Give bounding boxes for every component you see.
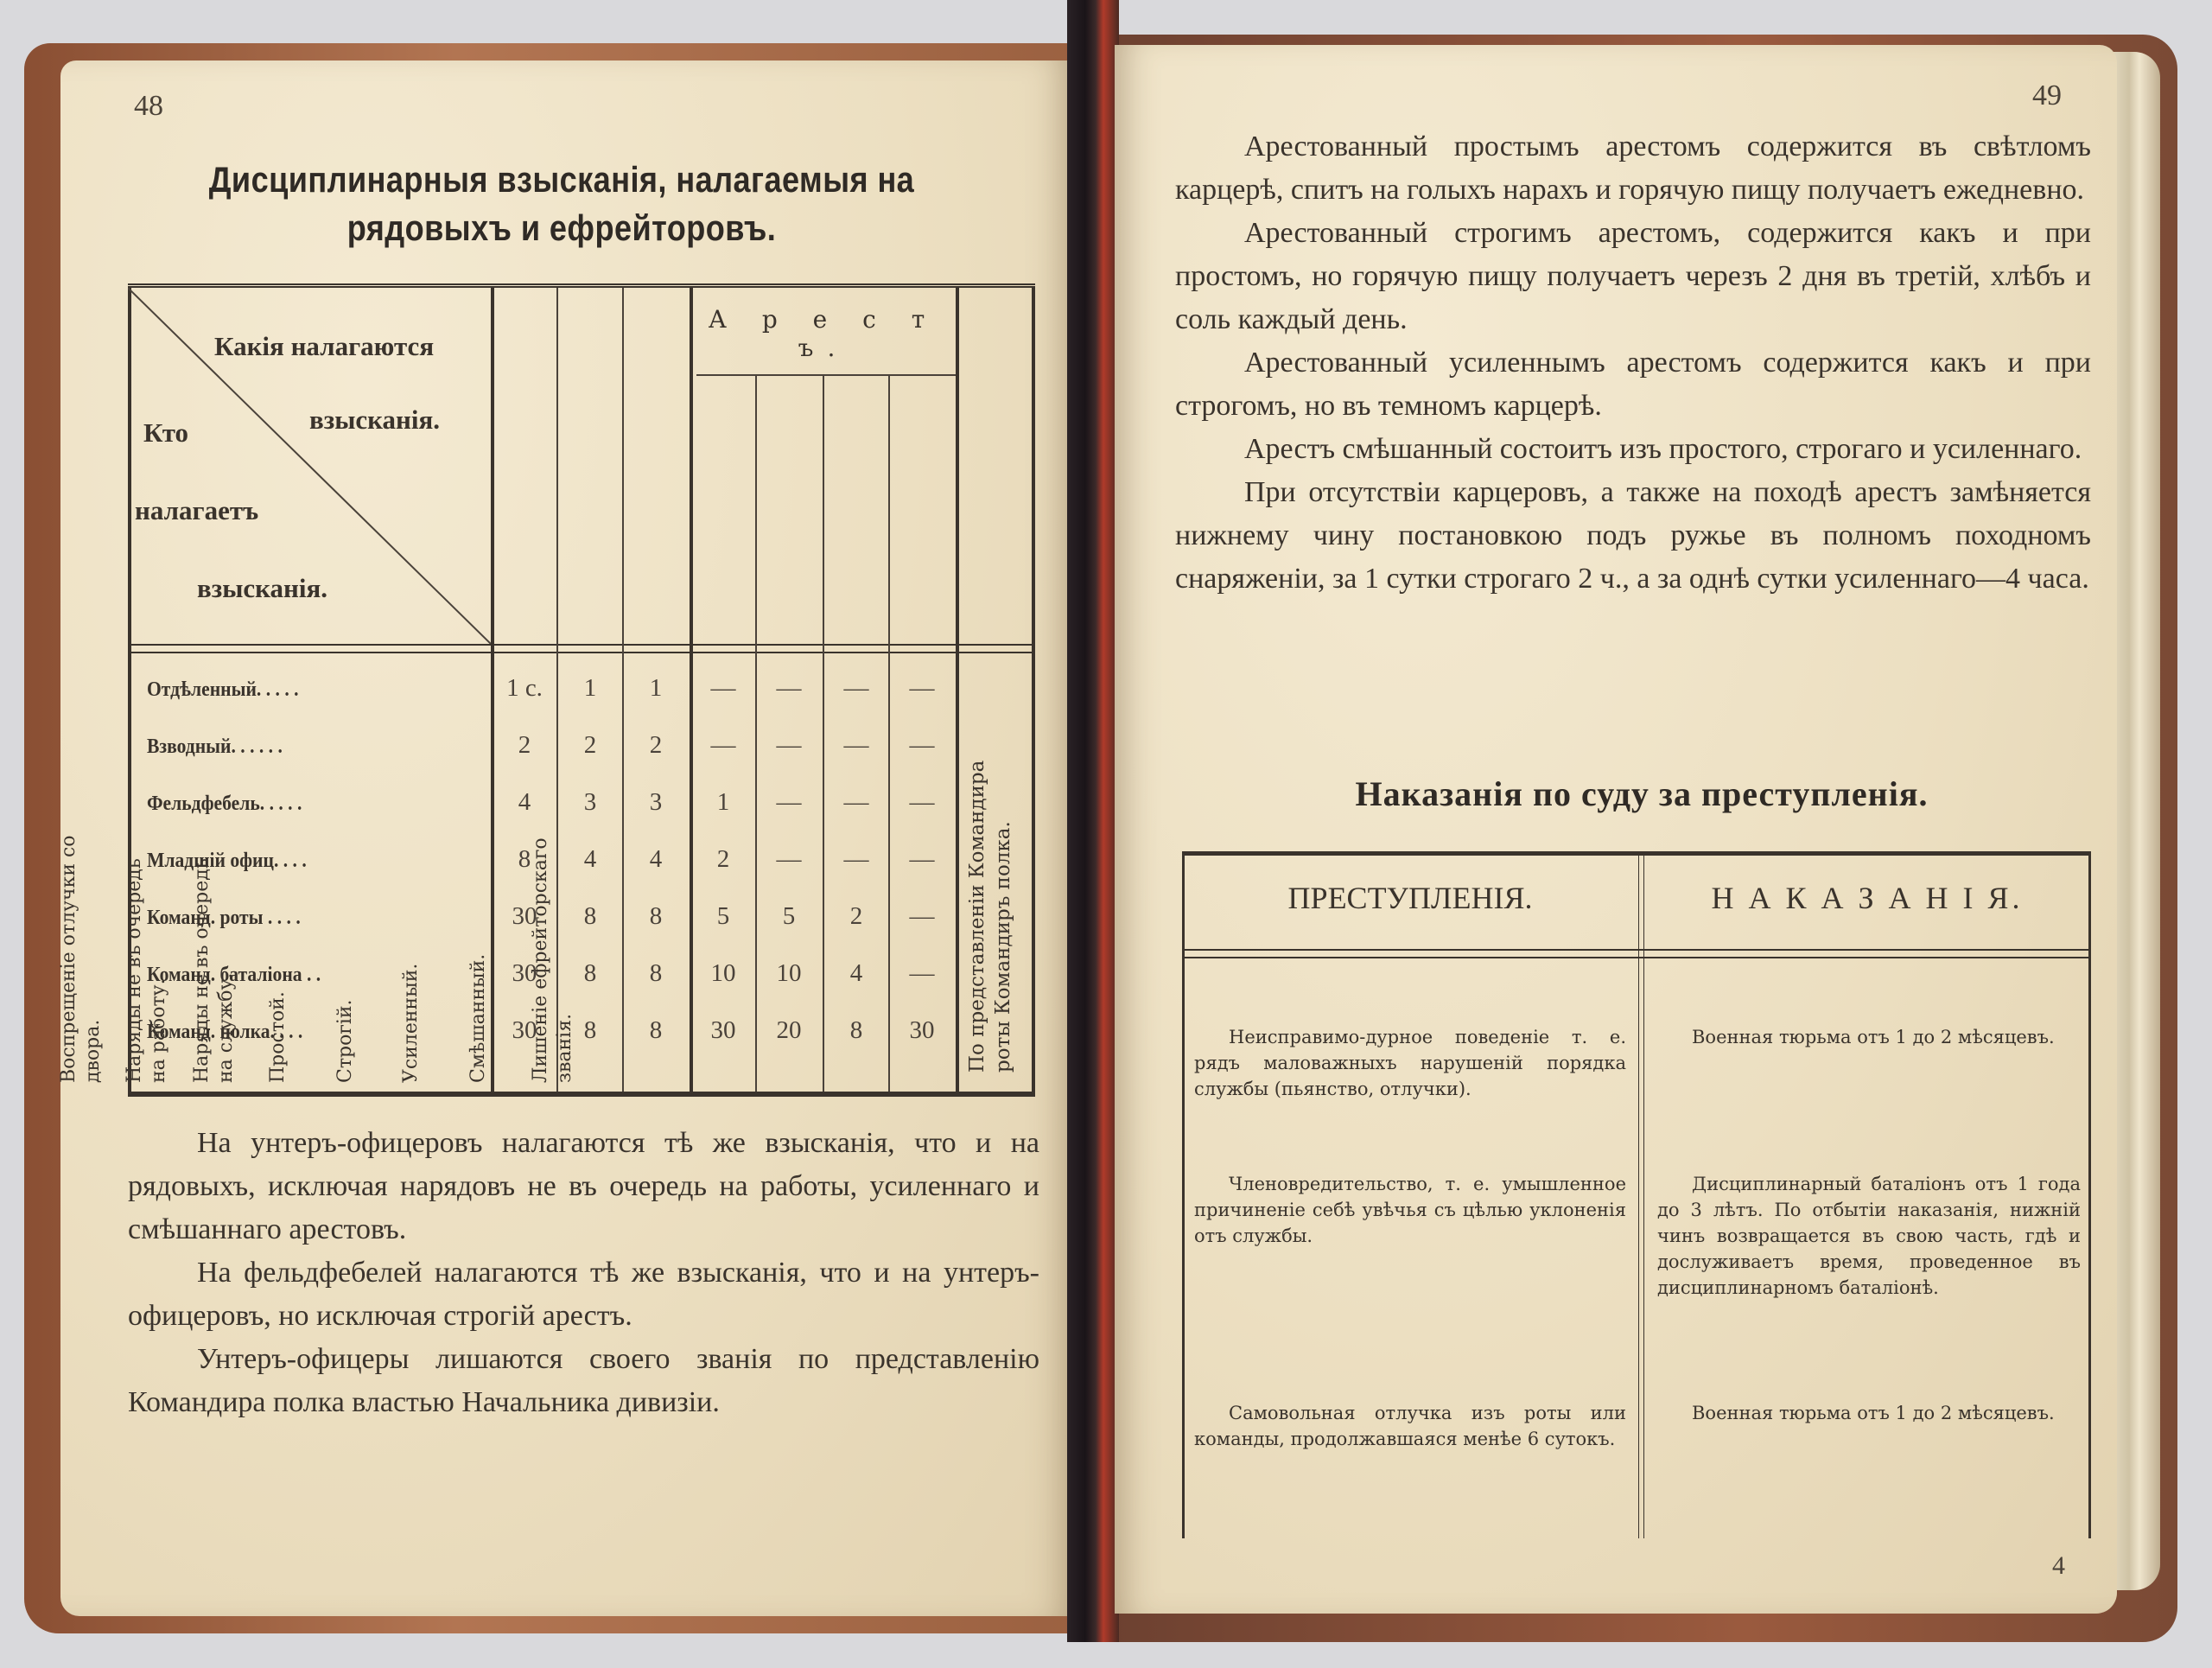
table-cell: 10 xyxy=(759,959,819,988)
row-label: Отдѣленный. . . . . xyxy=(147,678,299,702)
table-cell: — xyxy=(892,731,952,760)
table-cell: — xyxy=(826,674,887,703)
arrest-group-header: А р е с т ъ. xyxy=(694,305,953,362)
table-cell: 1 xyxy=(626,674,686,703)
table-cell: 30 xyxy=(494,902,555,931)
crime-cell: Членовредительство, т. е. умышленное при… xyxy=(1194,1171,1626,1249)
table-cell: — xyxy=(892,845,952,874)
table-cell: 30 xyxy=(892,1016,952,1045)
table-cell: 1 с. xyxy=(494,674,555,703)
table-cell: 8 xyxy=(626,1016,686,1045)
paragraph: Арестъ смѣшанный состоитъ изъ простого, … xyxy=(1175,428,2091,471)
table-cell: 10 xyxy=(693,959,753,988)
paragraph: Арестованный простымъ арестомъ содержитс… xyxy=(1175,125,2091,212)
corner-left-label-1: Кто xyxy=(143,417,188,449)
page-number-right: 49 xyxy=(2032,80,2062,112)
corner-top-label-2: взысканія. xyxy=(309,404,440,436)
table-cell: — xyxy=(892,788,952,817)
table-cell: 5 xyxy=(693,902,753,931)
table-cell: 8 xyxy=(494,845,555,874)
paragraph: Унтеръ-офицеры лишаются своего званія по… xyxy=(128,1338,1039,1424)
punishment-cell: Военная тюрьма отъ 1 до 2 мѣсяцевъ. xyxy=(1657,1024,2081,1050)
table-cell: — xyxy=(759,674,819,703)
corner-left-label-2: налагаетъ xyxy=(135,495,258,526)
table-cell: 8 xyxy=(560,902,620,931)
table-cell: 2 xyxy=(494,731,555,760)
table-cell: 20 xyxy=(759,1016,819,1045)
table-cell: 30 xyxy=(693,1016,753,1045)
table-cell: 8 xyxy=(626,959,686,988)
table-cell: — xyxy=(759,788,819,817)
table-cell: 8 xyxy=(626,902,686,931)
table-cell: 8 xyxy=(826,1016,887,1045)
column-header-crimes: ПРЕСТУПЛЕНІЯ. xyxy=(1182,880,1638,916)
table-cell: 4 xyxy=(494,788,555,817)
row-label: Команд. роты . . . . xyxy=(147,907,301,930)
table-cell: — xyxy=(693,731,753,760)
page-number-left: 48 xyxy=(134,90,163,123)
table-cell: 3 xyxy=(626,788,686,817)
discipline-table: Какія налагаются взысканія. Кто налагает… xyxy=(128,283,1035,1097)
section-title: Наказанія по суду за преступленія. xyxy=(1192,774,2091,814)
signature-mark: 4 xyxy=(2052,1551,2065,1581)
table-cell: 8 xyxy=(560,1016,620,1045)
table-cell: 2 xyxy=(693,845,753,874)
table-cell: 2 xyxy=(626,731,686,760)
paragraph: На унтеръ-офицеровъ налагаются тѣ же взы… xyxy=(128,1122,1039,1251)
table-cell: — xyxy=(826,845,887,874)
header-separator xyxy=(1182,949,2091,958)
row-label: Младшій офиц. . . . xyxy=(147,850,307,873)
paragraph: При отсутствіи карцеровъ, а также на пох… xyxy=(1175,471,2091,601)
paragraph: Арестованный строгимъ арестомъ, содержит… xyxy=(1175,212,2091,341)
row-label: Взводный. . . . . . xyxy=(147,735,283,759)
table-cell: 8 xyxy=(560,959,620,988)
table-cell: — xyxy=(759,845,819,874)
table-cell: 3 xyxy=(560,788,620,817)
row-label: Команд. баталіона . . xyxy=(147,964,321,987)
table-cell: 1 xyxy=(560,674,620,703)
header-separator xyxy=(128,644,1035,653)
book-spine xyxy=(1067,0,1119,1642)
table-cell: 5 xyxy=(759,902,819,931)
table-cell: 4 xyxy=(626,845,686,874)
table-cell: — xyxy=(759,731,819,760)
row-label: Команд. полка. . . . xyxy=(147,1021,302,1044)
table-cell: 30 xyxy=(494,959,555,988)
table-border-right xyxy=(1032,288,1035,1092)
left-page-text: На унтеръ-офицеровъ налагаются тѣ же взы… xyxy=(128,1122,1039,1424)
paragraph: Арестованный усиленнымъ арестомъ содержи… xyxy=(1175,341,2091,428)
table-cell: 30 xyxy=(494,1016,555,1045)
corner-top-label: Какія налагаются xyxy=(214,331,434,362)
punishments-table: ПРЕСТУПЛЕНІЯ. Н А К А З А Н І Я. Неиспра… xyxy=(1182,851,2091,1538)
arrest-group-underline xyxy=(696,374,956,376)
table-cell: — xyxy=(826,788,887,817)
column-header-punishments: Н А К А З А Н І Я. xyxy=(1643,880,2091,916)
table-cell: — xyxy=(693,674,753,703)
corner-left-label-3: взысканія. xyxy=(197,573,327,604)
table-cell: — xyxy=(892,902,952,931)
table-cell: — xyxy=(892,959,952,988)
page-title-left: Дисциплинарныя взысканія, налагаемыя на … xyxy=(168,156,956,252)
punishment-cell: Военная тюрьма отъ 1 до 2 мѣсяцевъ. xyxy=(1657,1400,2081,1426)
table-cell: 2 xyxy=(560,731,620,760)
table-cell: — xyxy=(826,731,887,760)
table-cell: 2 xyxy=(826,902,887,931)
punishment-cell: Дисциплинарный баталіонъ отъ 1 года до 3… xyxy=(1657,1171,2081,1301)
table-cell: 1 xyxy=(693,788,753,817)
demotion-authority-note: По представленіи Командирароты Командиръ… xyxy=(964,761,1016,1073)
table-cell: 4 xyxy=(826,959,887,988)
table-cell: 4 xyxy=(560,845,620,874)
paragraph: На фельдфебелей налагаются тѣ же взыскан… xyxy=(128,1251,1039,1338)
crime-cell: Неисправимо-дурное поведеніе т. е. рядъ … xyxy=(1194,1024,1626,1102)
row-label: Фельдфебель. . . . . xyxy=(147,793,302,816)
table-cell: — xyxy=(892,674,952,703)
crime-cell: Самовольная отлучка изъ роты или команды… xyxy=(1194,1400,1626,1452)
right-page-text: Арестованный простымъ арестомъ содержитс… xyxy=(1175,125,2091,601)
